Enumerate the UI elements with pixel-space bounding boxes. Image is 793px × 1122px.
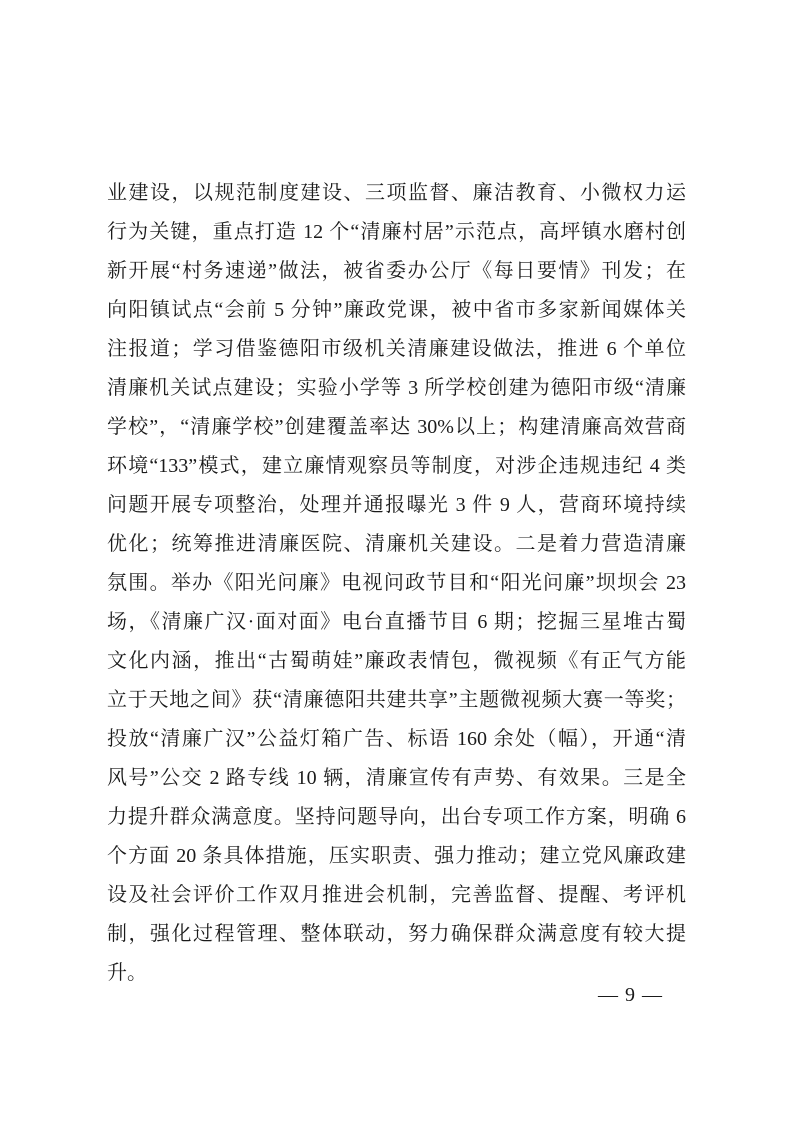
text-line: 文化内涵，推出“古蜀萌娃”廉政表情包，微视频《有正气方能 <box>107 642 686 681</box>
text-line: 问题开展专项整治，处理并通报曝光 3 件 9 人，营商环境持续 <box>107 486 686 525</box>
text-line: 投放“清廉广汉”公益灯箱广告、标语 160 余处（幅），开通“清 <box>107 720 686 759</box>
text-line: 制，强化过程管理、整体联动，努力确保群众满意度有较大提 <box>107 915 686 954</box>
text-line: 学校”，“清廉学校”创建覆盖率达 30%以上；构建清廉高效营商 <box>107 408 686 447</box>
text-line: 个方面 20 条具体措施，压实职责、强力推动；建立党风廉政建 <box>107 837 686 876</box>
text-line: 业建设，以规范制度建设、三项监督、廉洁教育、小微权力运 <box>107 174 686 213</box>
text-line: 环境“133”模式，建立廉情观察员等制度，对涉企违规违纪 4 类 <box>107 447 686 486</box>
text-line: 风号”公交 2 路专线 10 辆，清廉宣传有声势、有效果。三是全 <box>107 759 686 798</box>
text-line: 力提升群众满意度。坚持问题导向，出台专项工作方案，明确 6 <box>107 798 686 837</box>
body-text: 业建设，以规范制度建设、三项监督、廉洁教育、小微权力运 行为关键，重点打造 12… <box>107 174 686 993</box>
text-line: 氛围。举办《阳光问廉》电视问政节目和“阳光问廉”坝坝会 23 <box>107 564 686 603</box>
text-line: 新开展“村务速递”做法，被省委办公厅《每日要情》刊发；在 <box>107 252 686 291</box>
text-line: 立于天地之间》获“清廉德阳共建共享”主题微视频大赛一等奖； <box>107 681 686 720</box>
document-page: 业建设，以规范制度建设、三项监督、廉洁教育、小微权力运 行为关键，重点打造 12… <box>0 0 793 1122</box>
text-line: 注报道；学习借鉴德阳市级机关清廉建设做法，推进 6 个单位 <box>107 330 686 369</box>
text-line: 清廉机关试点建设；实验小学等 3 所学校创建为德阳市级“清廉 <box>107 369 686 408</box>
text-line: 优化；统筹推进清廉医院、清廉机关建设。二是着力营造清廉 <box>107 525 686 564</box>
text-line: 向阳镇试点“会前 5 分钟”廉政党课，被中省市多家新闻媒体关 <box>107 291 686 330</box>
text-line: 场，《清廉广汉·面对面》电台直播节目 6 期；挖掘三星堆古蜀 <box>107 603 686 642</box>
page-number: — 9 — <box>598 984 663 1007</box>
text-line: 设及社会评价工作双月推进会机制，完善监督、提醒、考评机 <box>107 876 686 915</box>
text-line: 行为关键，重点打造 12 个“清廉村居”示范点，高坪镇水磨村创 <box>107 213 686 252</box>
